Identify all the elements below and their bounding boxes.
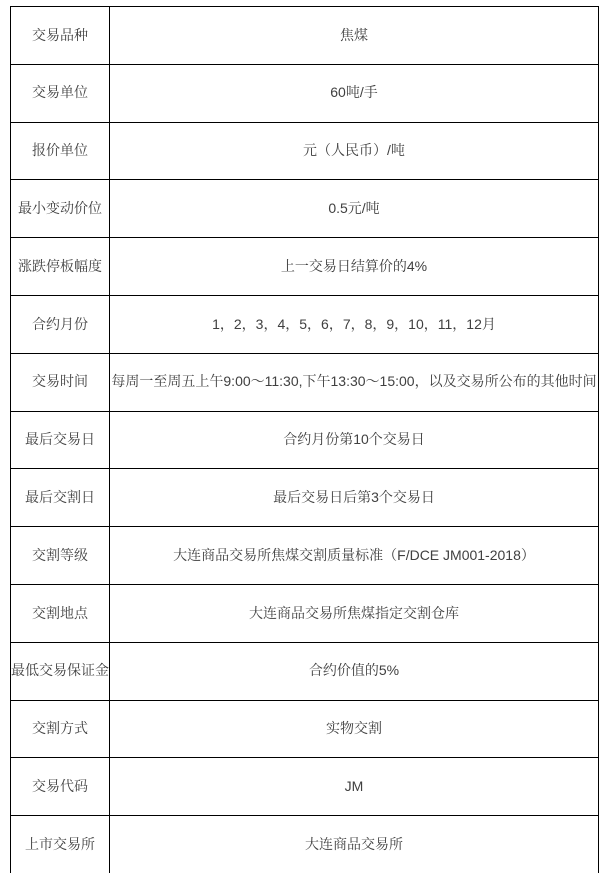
contract-spec-page: 交易品种 焦煤 交易单位 60吨/手 报价单位 元（人民币）/吨 最小变动价位 … <box>0 0 606 873</box>
row-label: 交割等级 <box>11 527 110 585</box>
row-label: 交易单位 <box>11 64 110 122</box>
table-row: 最小变动价位 0.5元/吨 <box>11 180 599 238</box>
row-label: 交割方式 <box>11 700 110 758</box>
row-label: 最后交易日 <box>11 411 110 469</box>
table-row: 报价单位 元（人民币）/吨 <box>11 122 599 180</box>
row-value: 合约价值的5% <box>110 642 599 700</box>
row-label: 报价单位 <box>11 122 110 180</box>
table-row: 上市交易所 大连商品交易所 <box>11 816 599 873</box>
row-label: 最后交割日 <box>11 469 110 527</box>
table-row: 最低交易保证金 合约价值的5% <box>11 642 599 700</box>
row-label: 最低交易保证金 <box>11 642 110 700</box>
row-value: 大连商品交易所 <box>110 816 599 873</box>
row-value: 60吨/手 <box>110 64 599 122</box>
table-row: 交易单位 60吨/手 <box>11 64 599 122</box>
contract-spec-table: 交易品种 焦煤 交易单位 60吨/手 报价单位 元（人民币）/吨 最小变动价位 … <box>10 6 599 873</box>
table-row: 交割地点 大连商品交易所焦煤指定交割仓库 <box>11 584 599 642</box>
row-label: 上市交易所 <box>11 816 110 873</box>
row-label: 交易时间 <box>11 353 110 411</box>
row-value: 上一交易日结算价的4% <box>110 238 599 296</box>
table-row: 交割等级 大连商品交易所焦煤交割质量标准（F/DCE JM001-2018） <box>11 527 599 585</box>
table-row: 涨跌停板幅度 上一交易日结算价的4% <box>11 238 599 296</box>
row-label: 交易代码 <box>11 758 110 816</box>
row-value: 1，2，3，4，5，6，7，8，9，10，11，12月 <box>110 295 599 353</box>
row-value: 大连商品交易所焦煤指定交割仓库 <box>110 584 599 642</box>
spec-table-body: 交易品种 焦煤 交易单位 60吨/手 报价单位 元（人民币）/吨 最小变动价位 … <box>11 7 599 873</box>
table-row: 最后交易日 合约月份第10个交易日 <box>11 411 599 469</box>
table-row: 交易品种 焦煤 <box>11 7 599 65</box>
row-value: 大连商品交易所焦煤交割质量标准（F/DCE JM001-2018） <box>110 527 599 585</box>
row-value: 0.5元/吨 <box>110 180 599 238</box>
table-row: 交割方式 实物交割 <box>11 700 599 758</box>
row-label: 最小变动价位 <box>11 180 110 238</box>
row-value: 实物交割 <box>110 700 599 758</box>
row-value: 焦煤 <box>110 7 599 65</box>
row-label: 交易品种 <box>11 7 110 65</box>
row-value: 最后交易日后第3个交易日 <box>110 469 599 527</box>
table-row: 交易时间 每周一至周五上午9:00～11:30,下午13:30～15:00，以及… <box>11 353 599 411</box>
table-row: 交易代码 JM <box>11 758 599 816</box>
row-value: 元（人民币）/吨 <box>110 122 599 180</box>
table-row: 最后交割日 最后交易日后第3个交易日 <box>11 469 599 527</box>
row-value: 每周一至周五上午9:00～11:30,下午13:30～15:00，以及交易所公布… <box>110 353 599 411</box>
row-value: JM <box>110 758 599 816</box>
row-label: 交割地点 <box>11 584 110 642</box>
row-label: 涨跌停板幅度 <box>11 238 110 296</box>
row-value: 合约月份第10个交易日 <box>110 411 599 469</box>
table-row: 合约月份 1，2，3，4，5，6，7，8，9，10，11，12月 <box>11 295 599 353</box>
row-label: 合约月份 <box>11 295 110 353</box>
